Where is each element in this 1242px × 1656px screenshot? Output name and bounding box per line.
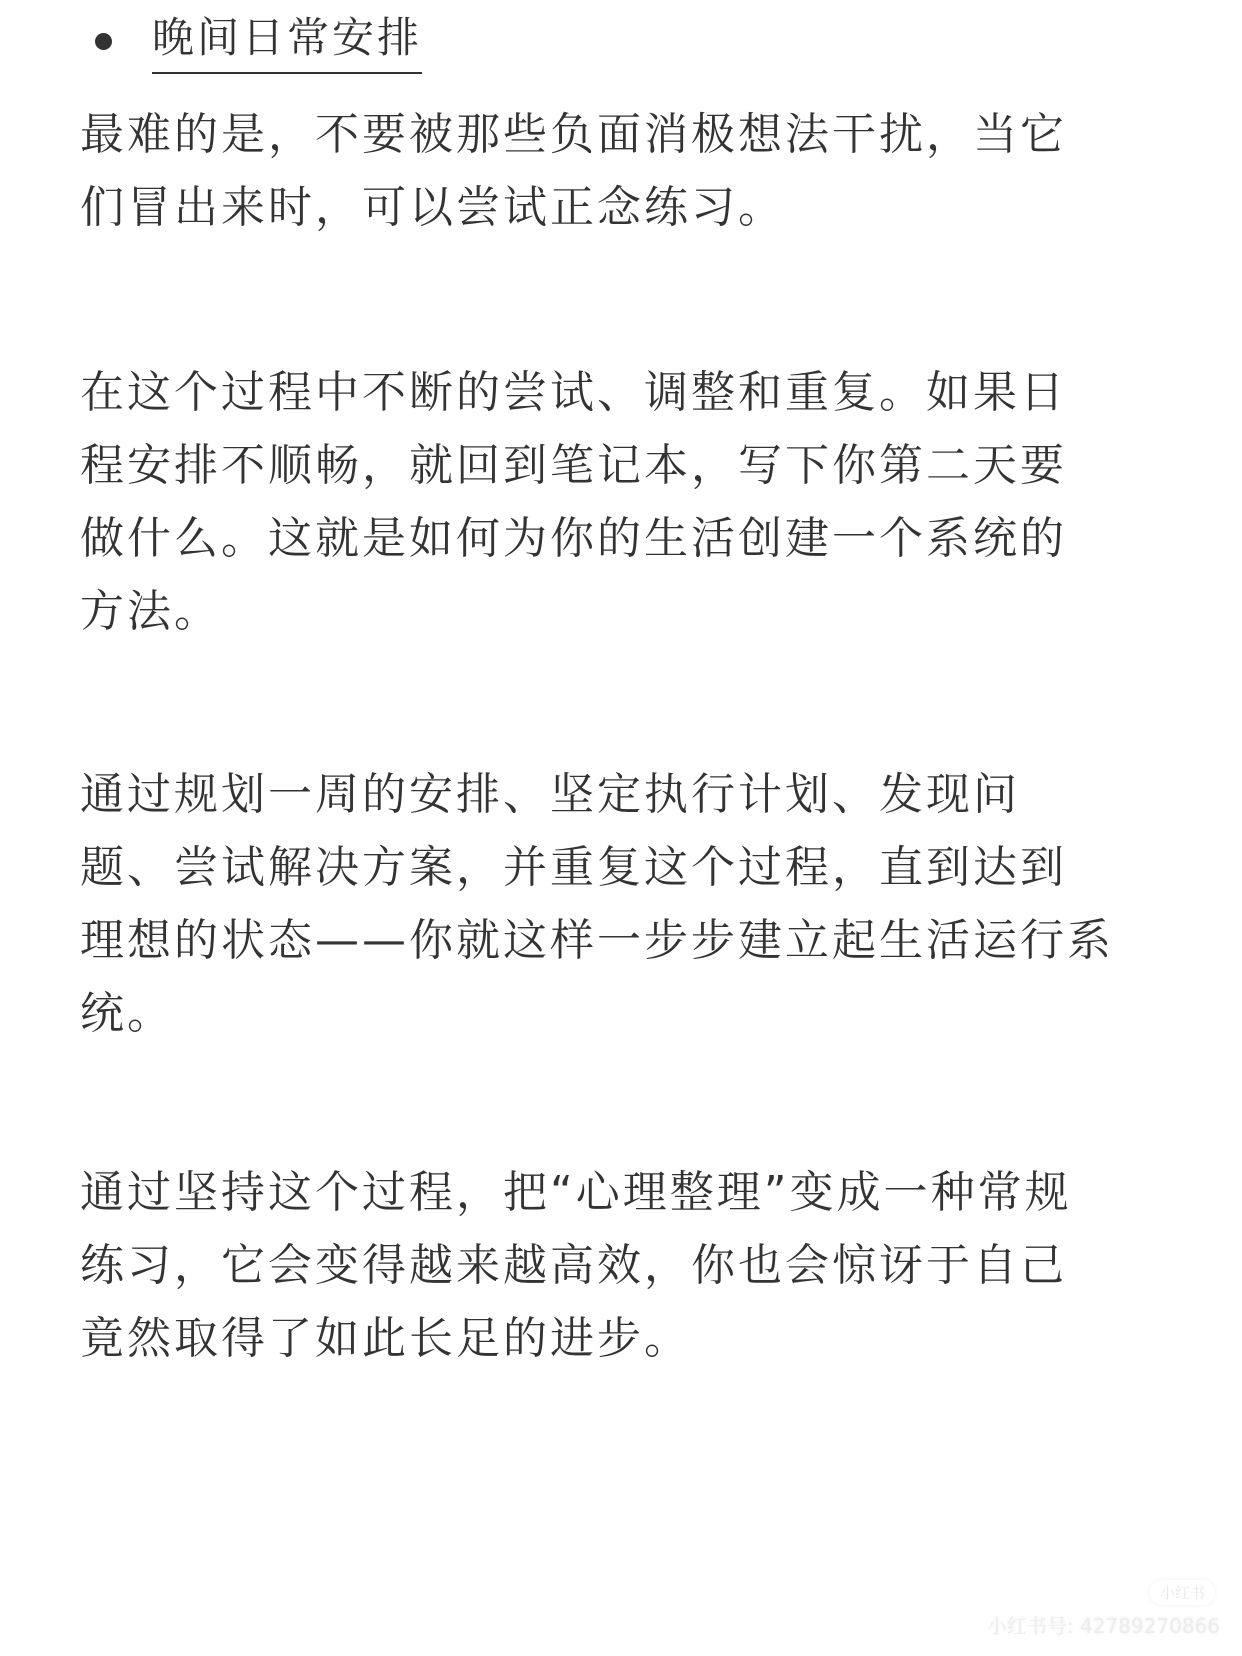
watermark-logo-badge: 小红书 [1150,1580,1215,1605]
text-line: 题、尝试解决方案，并重复这个过程，直到达到 [80,831,1170,904]
text-line: 通过规划一周的安排、坚定执行计划、发现问 [80,758,1170,831]
watermark-id: 小红书号: 42789270866 [987,1610,1220,1639]
text-line: 最难的是，不要被那些负面消极想法干扰，当它 [80,98,1170,171]
section-heading: 晚间日常安排 [152,8,422,74]
paragraph-1: 最难的是，不要被那些负面消极想法干扰，当它 们冒出来时，可以尝试正念练习。 [80,98,1170,244]
bullet-icon [95,33,112,50]
text-line: 方法。 [80,575,1170,648]
text-line: 在这个过程中不断的尝试、调整和重复。如果日 [80,356,1170,429]
text-line: 做什么。这就是如何为你的生活创建一个系统的 [80,502,1170,575]
paragraph-3: 通过规划一周的安排、坚定执行计划、发现问 题、尝试解决方案，并重复这个过程，直到… [80,758,1170,1050]
text-line: 统。 [80,977,1170,1050]
text-line: 竟然取得了如此长足的进步。 [80,1302,1170,1375]
text-line: 程安排不顺畅，就回到笔记本，写下你第二天要 [80,429,1170,502]
paragraph-4: 通过坚持这个过程，把“心理整理”变成一种常规 练习，它会变得越来越高效，你也会惊… [80,1156,1170,1375]
text-line: 练习，它会变得越来越高效，你也会惊讶于自己 [80,1229,1170,1302]
text-line: 理想的状态——你就这样一步步建立起生活运行系 [80,904,1170,977]
paragraph-2: 在这个过程中不断的尝试、调整和重复。如果日 程安排不顺畅，就回到笔记本，写下你第… [80,356,1170,648]
text-line: 通过坚持这个过程，把“心理整理”变成一种常规 [80,1156,1170,1229]
text-line: 们冒出来时，可以尝试正念练习。 [80,171,1170,244]
section-heading-row: 晚间日常安排 [95,8,422,74]
